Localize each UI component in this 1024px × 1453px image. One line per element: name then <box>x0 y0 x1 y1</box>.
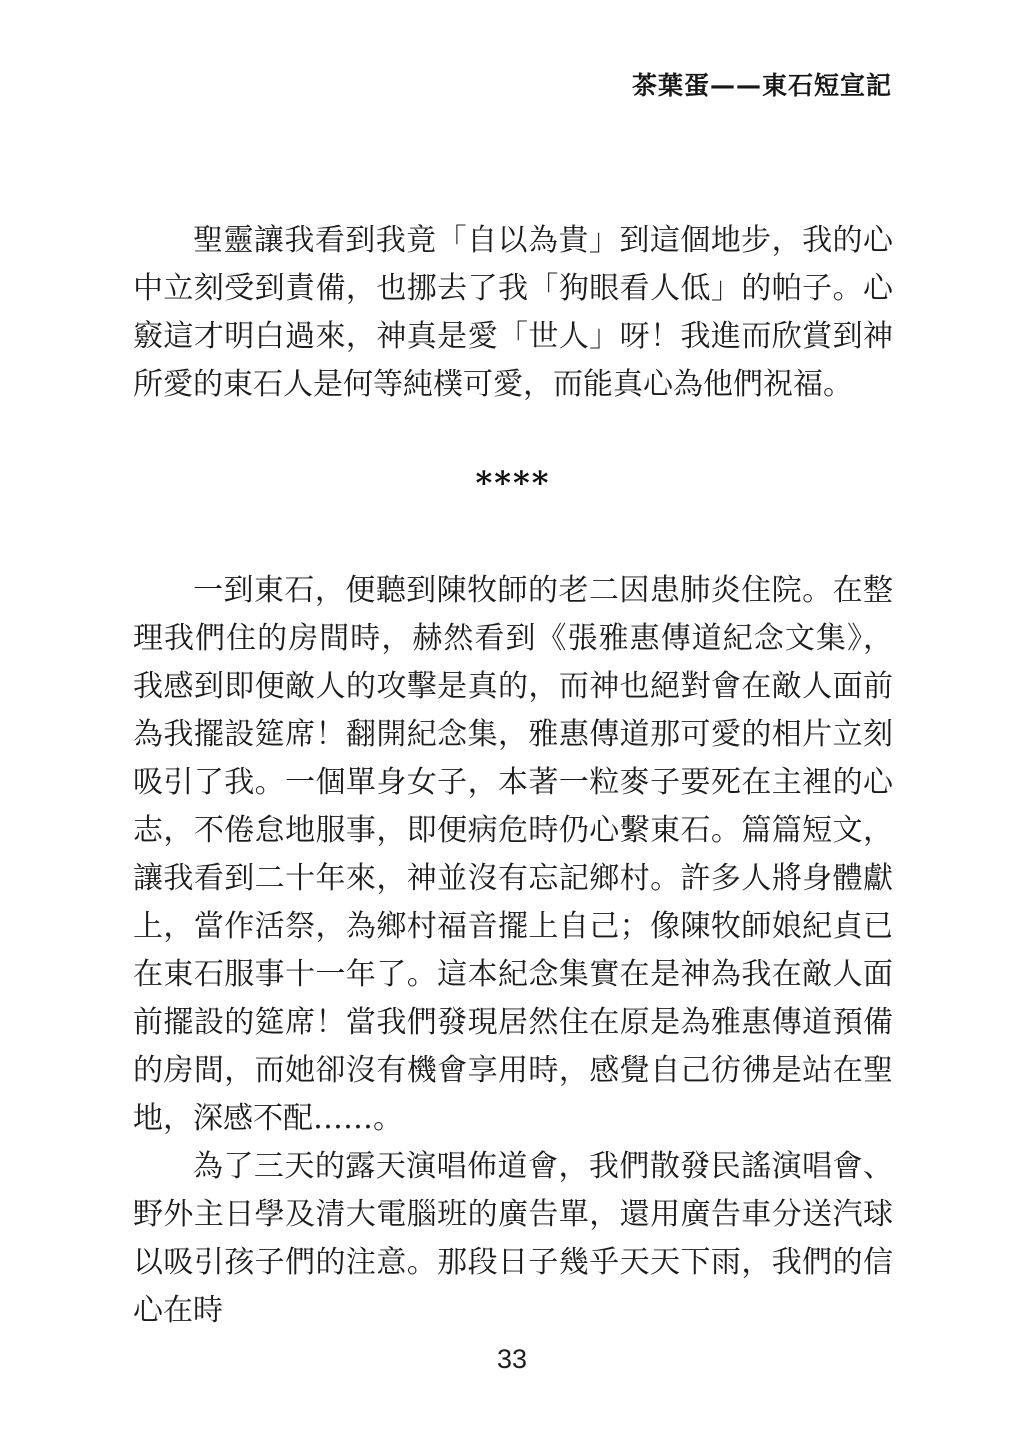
page-body: 聖靈讓我看到我竟「自以為貴」到這個地步，我的心中立刻受到責備，也挪去了我「狗眼看… <box>133 217 893 1335</box>
running-header-title: 茶葉蛋——東石短宣記 <box>632 66 892 102</box>
page-number: 33 <box>0 1344 1024 1375</box>
book-page: 茶葉蛋——東石短宣記 聖靈讓我看到我竟「自以為貴」到這個地步，我的心中立刻受到責… <box>0 0 1024 1453</box>
body-paragraph: 聖靈讓我看到我竟「自以為貴」到這個地步，我的心中立刻受到責備，也挪去了我「狗眼看… <box>133 217 893 409</box>
body-paragraph: 為了三天的露天演唱佈道會，我們散發民謠演唱會、野外主日學及清大電腦班的廣告單，還… <box>133 1143 893 1335</box>
body-paragraph: 一到東石，便聽到陳牧師的老二因患肺炎住院。在整理我們住的房間時，赫然看到《張雅惠… <box>133 567 893 1143</box>
section-separator: **** <box>133 461 893 505</box>
